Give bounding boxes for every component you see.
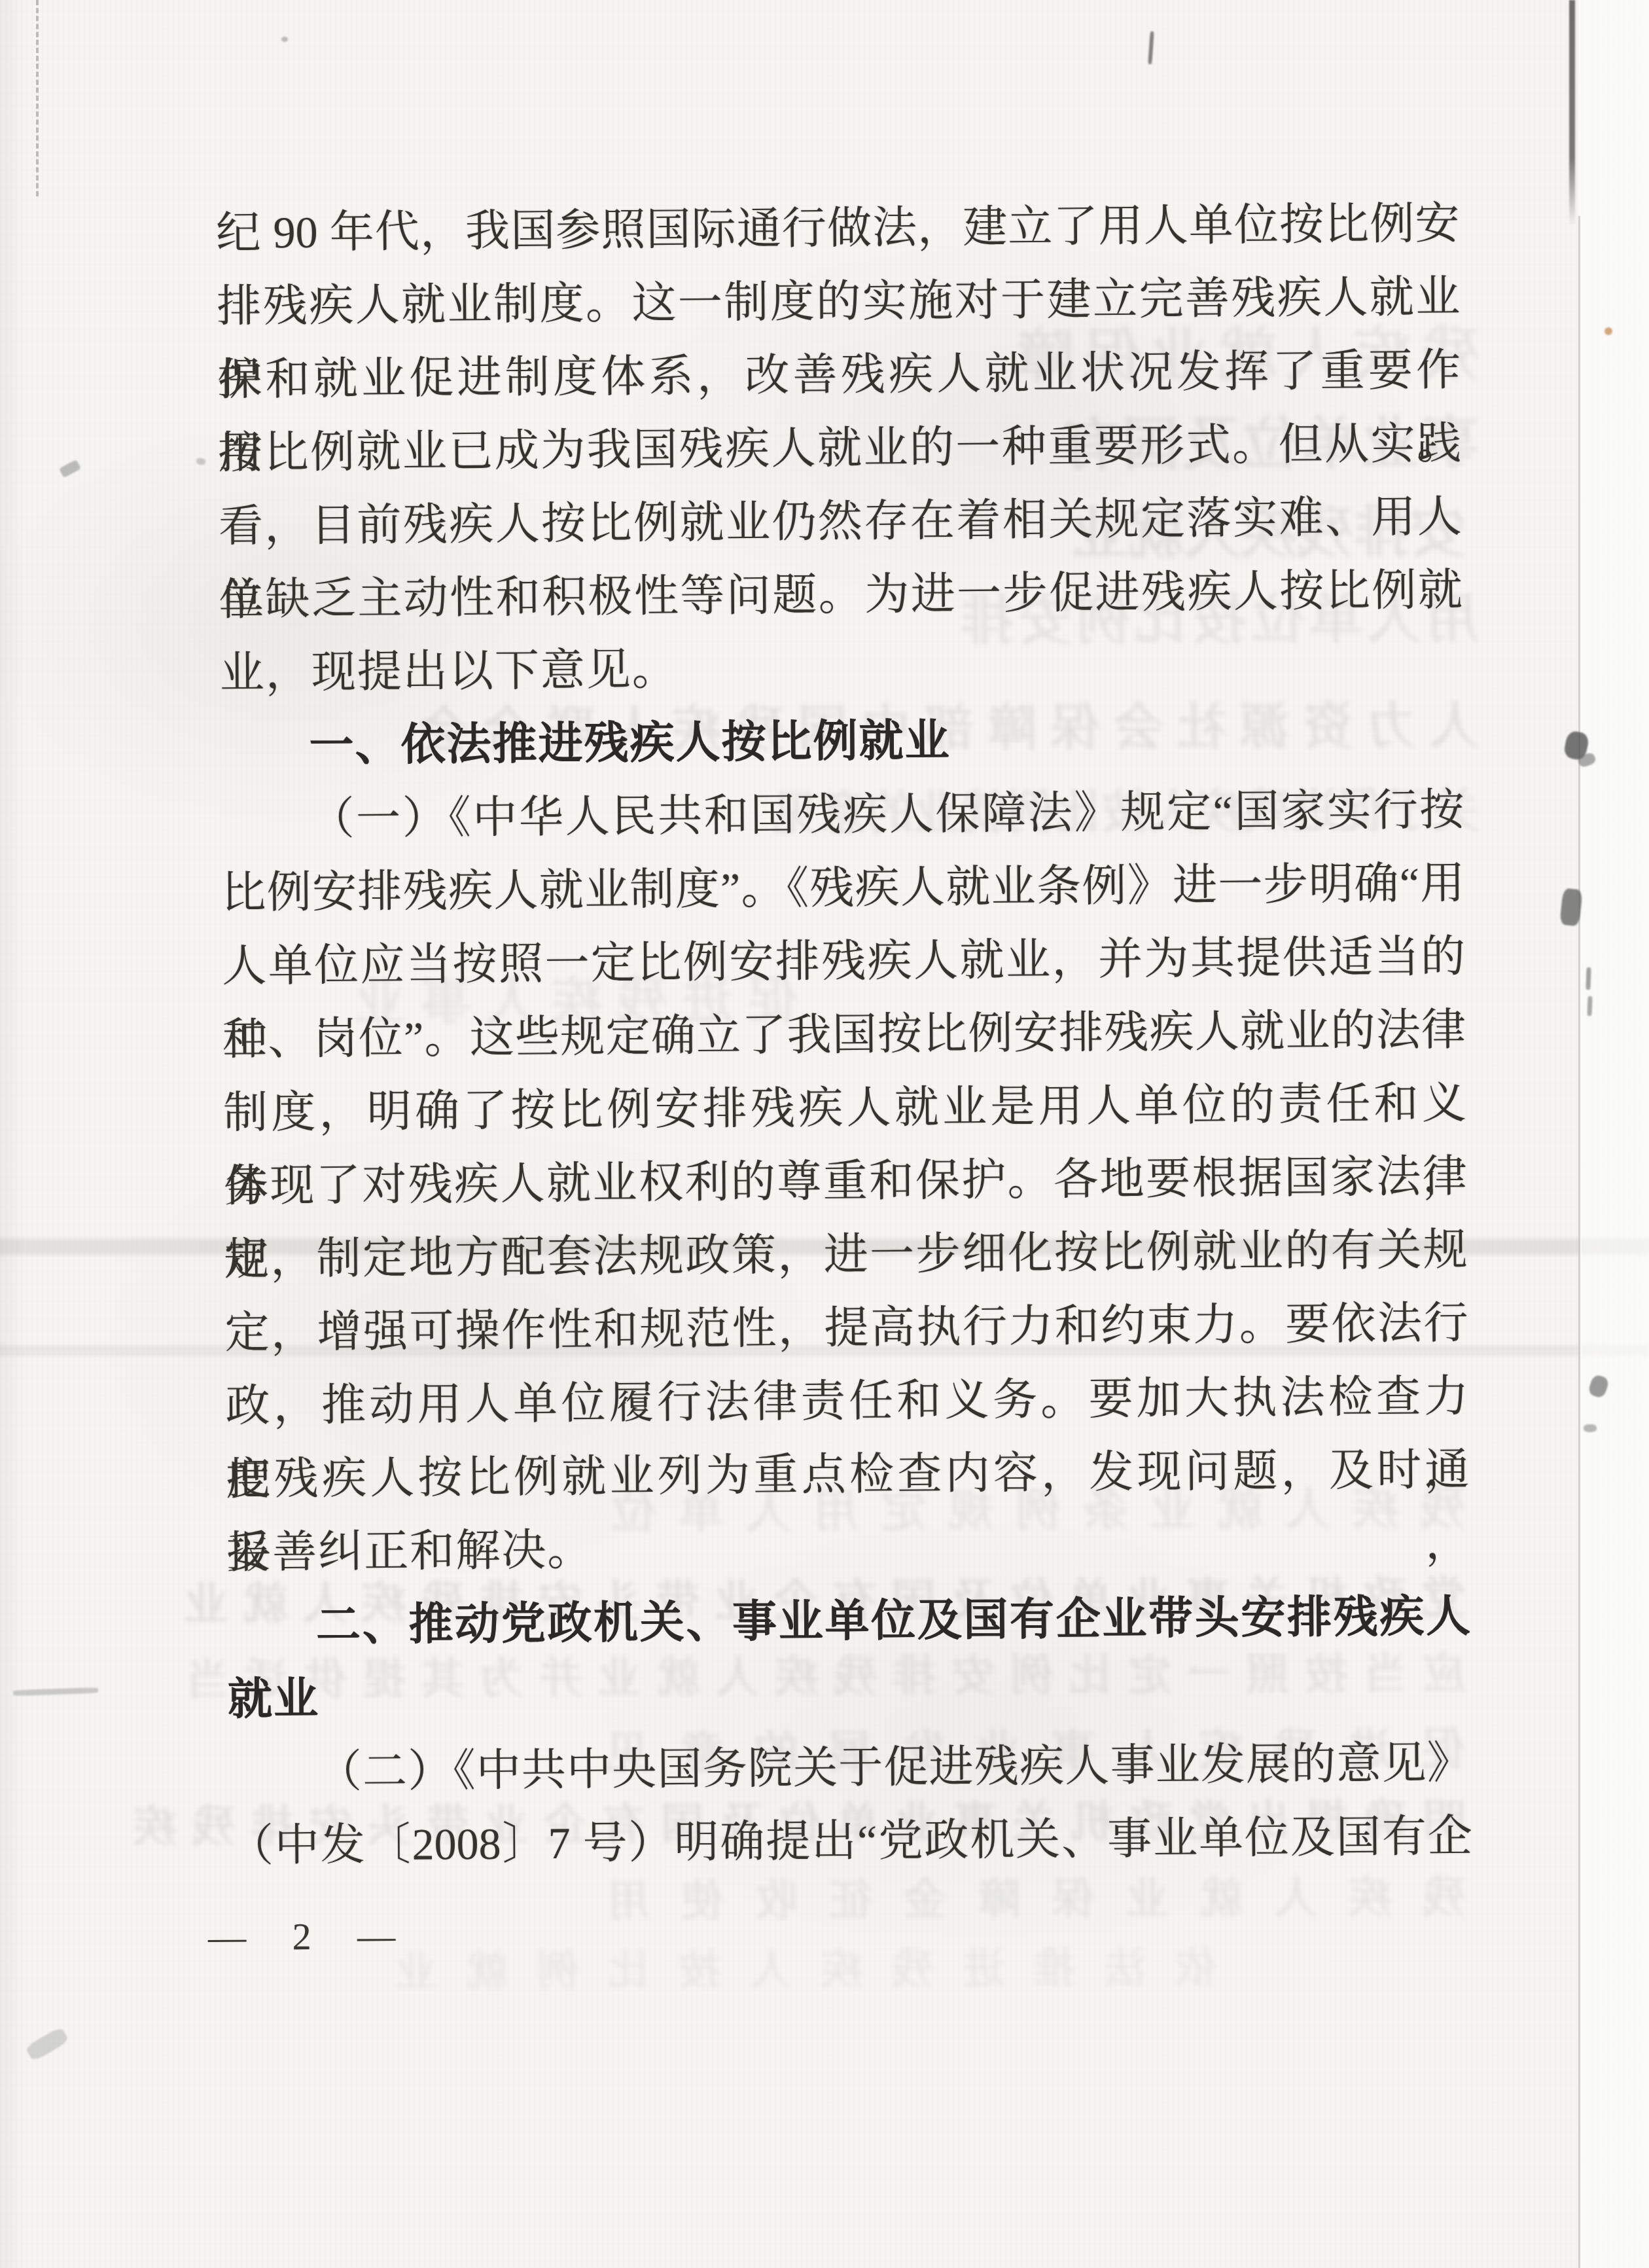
text-line: （中发〔2008〕7 号）明确提出“党政机关、事业单位及国有企 (228, 1799, 1472, 1882)
scan-speck (1584, 1424, 1597, 1432)
page-number: — 2 — (208, 1914, 414, 1959)
text-line: 护和就业促进制度体系，改善残疾人就业状况发挥了重要作用。 (217, 333, 1461, 416)
scan-speck (1148, 31, 1154, 64)
left-edge-dotted-line (36, 0, 39, 196)
text-line: 定，制定地方配套法规政策，进一步细化按比例就业的有关规 (224, 1213, 1468, 1296)
text-line: 种、岗位”。这些规定确立了我国按比例安排残疾人就业的法律 (222, 993, 1466, 1076)
text-line: 业，现提出以下意见。 (219, 626, 1463, 710)
heading-line: 一、依法推进残疾人按比例就业 (220, 700, 1464, 783)
text-line: 位缺乏主动性和积极性等问题。为进一步促进残疾人按比例就 (219, 553, 1463, 636)
scan-speck (13, 1687, 98, 1697)
scan-speck (1587, 1374, 1610, 1399)
scan-speck (1586, 967, 1591, 990)
scan-speck (196, 458, 206, 465)
heading-line: 就业 (228, 1653, 1472, 1736)
text-line: 制度，明确了按比例安排残疾人就业是用人单位的责任和义务， (223, 1066, 1467, 1149)
text-line: 定，增强可操作性和规范性，提高执行力和约束力。要依法行 (224, 1286, 1468, 1369)
scan-speck (1563, 730, 1590, 761)
text-line: 比例安排残疾人就业制度”。《残疾人就业条例》进一步明确“用 (221, 846, 1465, 929)
text-line: 人单位应当按照一定比例安排残疾人就业，并为其提供适当的工 (222, 920, 1466, 1003)
binding-crease-line (1578, 216, 1580, 2268)
scan-speck (1587, 996, 1592, 1016)
scanned-page: 残疾人就业保障事业单位及国有安排残疾人就业用人单位按比例安排人力资源社会保障部中… (0, 0, 1649, 2268)
heading-line: 二、推动党政机关、事业单位及国有企业带头安排残疾人 (227, 1579, 1471, 1663)
text-line: 纪 90 年代，我国参照国际通行做法，建立了用人单位按比例安 (216, 187, 1460, 270)
scan-speck (1605, 327, 1612, 335)
document-text: 纪 90 年代，我国参照国际通行做法，建立了用人单位按比例安排残疾人就业制度。这… (216, 187, 1472, 1882)
scan-speck (59, 459, 81, 478)
text-line: （一）《中华人民共和国残疾人保障法》规定“国家实行按 (221, 773, 1464, 856)
text-line: 排残疾人就业制度。这一制度的实施对于建立完善残疾人就业保 (217, 260, 1461, 343)
text-line: 政，推动用人单位履行法律责任和义务。要加大执法检查力度， (225, 1359, 1469, 1443)
binding-fold-highlight (1578, 0, 1649, 2268)
text-line: 按比例就业已成为我国残疾人就业的一种重要形式。但从实践 (218, 406, 1462, 490)
bleedthrough-text: 依法推进残疾人按比例就业 (366, 1934, 1217, 1999)
scan-speck (281, 37, 288, 42)
text-line: 看，目前残疾人按比例就业仍然存在着相关规定落实难、用人单 (219, 480, 1463, 563)
binding-crease-top (1569, 0, 1575, 226)
text-line: （二）《中共中央国务院关于促进残疾人事业发展的意见》 (228, 1726, 1472, 1809)
text-line: 体现了对残疾人就业权利的尊重和保护。各地要根据国家法律规 (223, 1140, 1467, 1223)
text-line: 把残疾人按比例就业列为重点检查内容，发现问题，及时通报， (226, 1433, 1470, 1516)
scan-speck (25, 2026, 69, 2062)
